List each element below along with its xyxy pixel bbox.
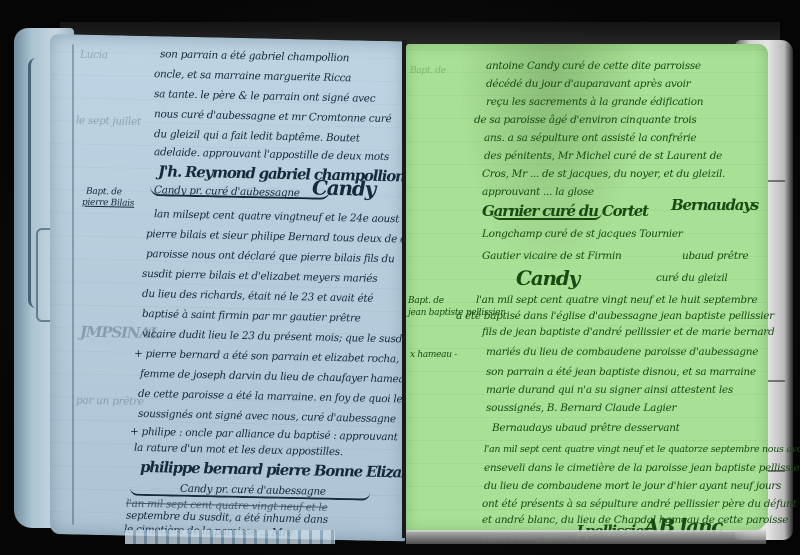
right-page-bottom-edge: [406, 530, 766, 544]
text-line: ubaud prêtre: [682, 250, 748, 262]
left-page: Lucia JMPSINAL le sept juillet par un pr…: [50, 34, 405, 541]
margin-note: x hameau -: [410, 350, 457, 360]
signature: Candy: [312, 175, 375, 200]
text-line: l'an mil sept cent quatre vingt neuf et …: [484, 444, 800, 455]
text-line: fils de jean baptiste d'andré pellissier…: [482, 326, 774, 338]
text-line: ans. a sa sépulture ont assisté la confr…: [484, 132, 696, 144]
signature-flourish: [150, 186, 330, 200]
signature: Candy: [516, 266, 579, 290]
right-page: Bapt. de antoine Candy curé de cette dit…: [406, 44, 768, 532]
text-line: + philipe : oncle par alliance du baptis…: [130, 426, 398, 444]
bleed-through-text: Bapt. de: [410, 66, 446, 76]
text-line: mariés du lieu de combaudene paroisse d'…: [486, 346, 758, 358]
text-line: approuvant ... la glose: [482, 186, 594, 198]
text-line: Bernaudays ubaud prêtre desservant: [492, 422, 680, 434]
text-line: + pierre bernard a été son parrain et el…: [134, 348, 399, 366]
text-line: enseveli dans le cimetière de la paroiss…: [484, 462, 800, 474]
text-line: curé du gleizil: [656, 272, 727, 284]
margin-note: Bapt. de: [408, 296, 444, 306]
text-line: Gautier vicaire de st Firmin: [482, 250, 621, 262]
text-line: des pénitents, Mr Michel curé de st Laur…: [484, 150, 722, 162]
signature: Bernaudays: [671, 196, 758, 214]
bleed-through-text: par un prêtre: [76, 395, 144, 408]
text-line: oncle, et sa marraine marguerite Ricca: [154, 68, 351, 84]
text-line: soussignés ont signé avec nous, curé d'a…: [138, 408, 396, 425]
text-line: vicaire dudit lieu le 23 du présent mois…: [142, 328, 409, 346]
text-line: Cros, Mr ... de st jacques, du noyer, et…: [482, 168, 725, 180]
text-line: de cette paroisse a été la marraine. en …: [138, 388, 407, 406]
text-line: paroisse nous ont déclaré que pierre bil…: [146, 248, 394, 265]
margin-rule: [72, 44, 74, 524]
bleed-through-text: le sept juillet: [76, 115, 141, 128]
text-line: la rature d'un mot et les deux appostill…: [134, 442, 343, 458]
bleed-through-text: Lucia: [80, 49, 108, 62]
text-line: son parrain a été gabriel champollion: [160, 48, 349, 64]
text-line: Longchamp curé de st jacques Tournier: [482, 228, 683, 240]
text-line: son parrain a été jean baptiste disnou, …: [486, 366, 756, 378]
text-line: du lieu de combaudene mort le jour d'hie…: [484, 480, 781, 492]
text-line: ont été présents à sa sépulture andré pe…: [482, 498, 797, 510]
text-line: reçu les sacrements à la grande édificat…: [486, 96, 703, 108]
text-line: du lieu des richards, était né le 23 et …: [142, 288, 373, 305]
text-line: nous curé d'aubessagne et mr Cromtonne c…: [154, 108, 391, 125]
text-line: adelaide. approuvant l'appostille de deu…: [154, 146, 389, 163]
text-line: susdit pierre bilais et d'elizabet meyer…: [142, 268, 377, 285]
left-page-bottom-scrap: [125, 530, 335, 544]
margin-note: Bapt. de: [86, 187, 122, 198]
signature-flourish: [492, 212, 602, 220]
text-line: marie durand qui n'a su signer ainsi att…: [486, 384, 733, 396]
text-line: sa tante. le père & le parrain ont signé…: [154, 88, 375, 105]
text-line: du gleizil qui a fait ledit baptême. Bou…: [154, 128, 360, 144]
text-line: lan milsept cent quatre vingtneuf et le …: [154, 208, 399, 225]
text-line: pierre bilais et sieur philipe Bernard t…: [146, 228, 424, 246]
text-line: femme de joseph darvin du lieu de chaufa…: [140, 368, 411, 386]
text-line: soussignés, B. Bernard Claude Lagier: [486, 402, 676, 414]
text-line: de sa paroisse âgé d'environ cinquante t…: [474, 114, 697, 126]
scanned-register-spread: Lucia JMPSINAL le sept juillet par un pr…: [0, 0, 800, 555]
margin-note: pierre Bilais: [82, 198, 134, 209]
text-line: a été baptisé dans l'église d'aubessagne…: [456, 310, 774, 322]
text-line: antoine Candy curé de cette dite parrois…: [486, 60, 701, 72]
text-line: baptisé à saint firmin par mr gautier pr…: [142, 308, 361, 325]
text-line: décédé du jour d'auparavant après avoir: [486, 78, 690, 90]
text-line: l'an mil sept cent quatre vingt neuf et …: [476, 294, 757, 306]
